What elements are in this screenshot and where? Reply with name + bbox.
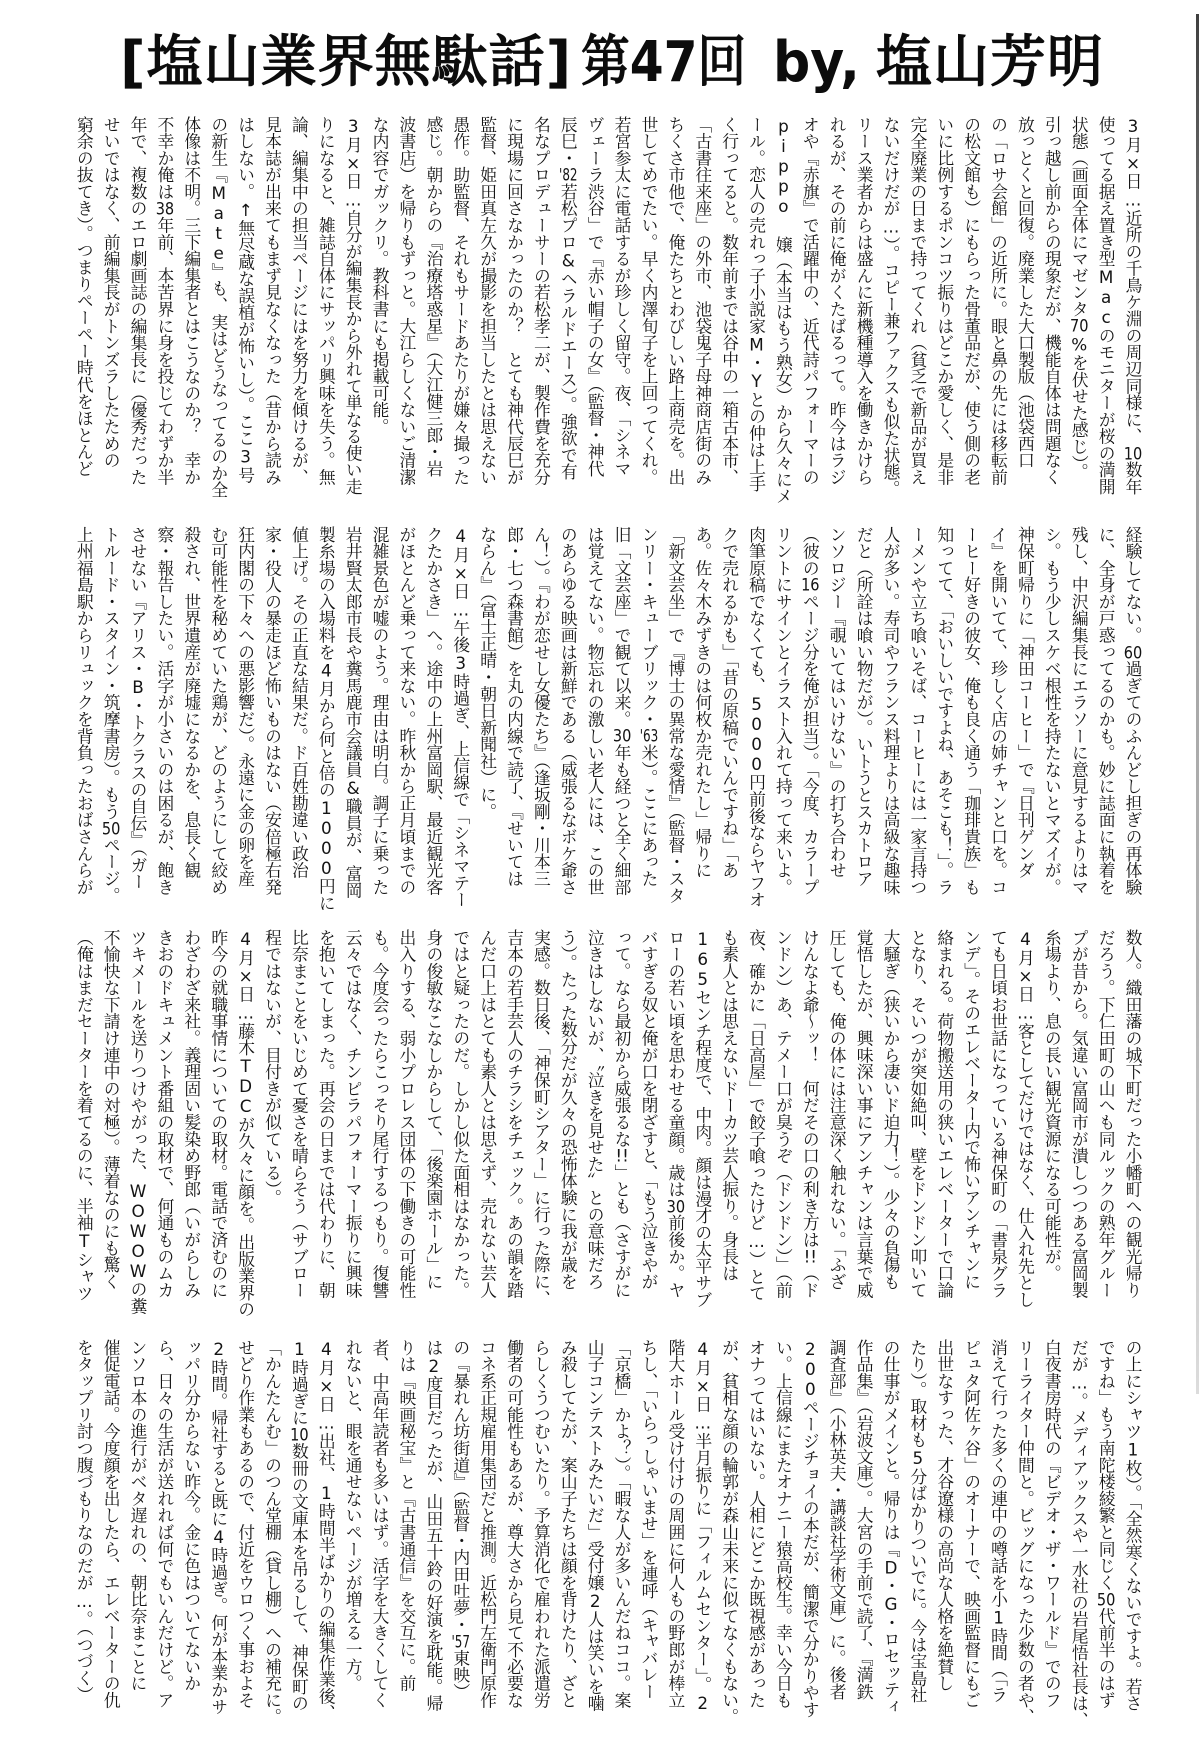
text-tier-4: の上にシャツ1枚）。「全然寒くないですよ。若さ ですね」もう南陀楼綾繁と同じく5… (69, 1339, 1146, 1721)
episode-number: 第47回 (581, 34, 746, 92)
text-column: ヴェーラ渋谷」で『赤い帽子の女』（監督・神代 (581, 116, 608, 498)
text-column: 数人。織田藩の城下町だった小幡町への観光帰り (1119, 929, 1146, 1311)
text-column: 肉筆原稿でなくても、5000円前後ならヤフオ (743, 526, 770, 908)
text-column: 4月×日…客としてだけではなく、仕入れ先とし (1012, 929, 1039, 1311)
text-column: ても日頃お世話になっている神保町の「書泉グラ (985, 929, 1012, 1311)
text-column: pippo 嬢（本当はもう熟女）から久々にメ (770, 116, 797, 498)
text-column: く行ってると。数年前までは谷中の一箱古本市、 (716, 116, 743, 498)
text-column: ないだけだが…）。コピー兼ファクスも似た状態。 (877, 116, 904, 498)
text-column: に、全身が戸惑ってるのかも。妙に誌面に執着を (1092, 526, 1119, 908)
text-column: オや『赤旗』で活躍中の、近代詩パフォーマーの (796, 116, 823, 498)
text-column: 経験してない。60過ぎてのふんどし担ぎの再体験 (1119, 526, 1146, 908)
text-column: 「京橋」かよ？）。「暇な人が多いんだねココ。案 (608, 1339, 635, 1721)
text-column: 4月×日…半月振りに「フィルムセンター」。2 (689, 1339, 716, 1721)
text-column: 上州福島駅からリュックを背負ったおばさんらが (70, 526, 97, 908)
text-column: せいではなく、前編集長がトンズラしたための (97, 116, 124, 498)
text-column: （彼の16ページ分を俺が担当）。「今度、カラープ (796, 526, 823, 908)
text-column: 圧しても、俺の体には注意深く触れない。「ふざ (823, 929, 850, 1311)
text-column: 不幸か俺は38年前、本苦界に身を投じてわずか半 (151, 116, 178, 498)
text-column: ちし、「いらっしゃいませ」を連呼（キャバレー (635, 1339, 662, 1721)
text-column: 完全廃業の日まで持ってくれ（貧乏で新品が買え (904, 116, 931, 498)
text-column: の『暴れん坊街道』（監督・内田吐夢・'57東映） (447, 1339, 474, 1721)
text-column: 出入りする、弱小プロレス団体の下働きの可能性 (393, 929, 420, 1311)
text-tier-3: 数人。織田藩の城下町だった小幡町への観光帰り だろう。下仁田町の山へも同ルックの… (69, 929, 1146, 1311)
text-column: の仕事がメインと。帰りは『D・G・ロセッティ (877, 1339, 904, 1721)
text-column: 感じ。朝からの『治療塔惑星』（大江健三郎・岩 (420, 116, 447, 498)
text-column: 波書店）を帰りもずっと。大江らしくないご清潔 (393, 116, 420, 498)
text-column: のあらゆる映画は新鮮である（威張るなボケ爺さ (554, 526, 581, 908)
text-column: 4月×日…藤木TDCが久々に顔を。出版業界の (232, 929, 259, 1311)
text-column: クで売れるかも」「昔の原稿でいんですね」「あ (716, 526, 743, 908)
text-column: きおのドキュメント番組の取材で、何通ものムカ (151, 929, 178, 1311)
text-column: 泣きはしないが、〝泣きを見せた〟との意味だろ (581, 929, 608, 1311)
text-column: させない『アリス・B・トクラスの自伝』（ガー (124, 526, 151, 908)
text-column: 製糸場の入場料を4月から何と倍の1000円に (312, 526, 339, 908)
text-column: の新生『Mate』も、実はどうなってるのか全 (205, 116, 232, 498)
text-column: ンソロジー『覗いてはいけない』の打ち合わせ (823, 526, 850, 908)
text-column: ですね」もう南陀楼綾繁と同じく50代前半のはず (1092, 1339, 1119, 1721)
text-column: ンリー・キューブリック・'63米）。ここにあった (635, 526, 662, 908)
text-column: の松文館も）にもらった骨董品だが、使う側の老 (958, 116, 985, 498)
text-column: 昨今の就職事情についての取材。電話で済むのに (205, 929, 232, 1311)
text-column: 身の俊敏なこなしからして、「後楽園ホール」に (420, 929, 447, 1311)
text-column: 出世なすった、才谷遼様の高尚な人格を絶賛し (931, 1339, 958, 1721)
text-column: 165センチ程度で、中肉。顔は漫才の太平サブ (689, 929, 716, 1311)
byline-prefix: by, (773, 34, 860, 92)
text-tier-1: 3月×日…近所の千鳥ケ淵の周辺同様に、10数年 使ってる据え置き型Macのモニタ… (69, 116, 1146, 498)
text-column: ならん』（富士正晴・朝日新聞社）に。 (474, 526, 501, 908)
text-column: りは『映画秘宝』と『古書通信』を交互に。前 (393, 1339, 420, 1721)
text-column: 名なプロデューサーの若松孝二が、製作費を充分 (528, 116, 555, 498)
text-column: ちくさ市他で、俺たちとわびしい路上商売を。出 (662, 116, 689, 498)
text-column: 夜、確かに「日高屋」で餃子喰ったけど…）とて (743, 929, 770, 1311)
text-column: せどり作業もあるので、付近をウロつく事およそ (232, 1339, 259, 1721)
text-column: 絡まれる。荷物搬送用の狭いエレベーターで口論 (931, 929, 958, 1311)
text-column: 残し、中沢編集長にエラソーに意見するよりはマ (1065, 526, 1092, 908)
text-tier-2: 経験してない。60過ぎてのふんどし担ぎの再体験 に、全身が戸惑ってるのかも。妙に… (69, 526, 1146, 908)
text-column: を抱いてしまった。再会の日までは代わりに、朝 (312, 929, 339, 1311)
text-column: 不愉快な下請け連中の対極）。薄着なのにも驚く (97, 929, 124, 1311)
text-column: シ。もう少しスケベ根性を持たないとマズイが。 (1038, 526, 1065, 908)
text-column: み殺してたが、案山子たちは顔を背けたり、ざと (554, 1339, 581, 1721)
text-column: ピュタ阿佐ヶ谷」のオーナーで、映画監督にもご (958, 1339, 985, 1721)
text-column: も。今度会ったらこっそり尾行するつもり。復讐 (366, 929, 393, 1311)
text-column: リーライター仲間と。ビッグになった少数の者や、 (1012, 1339, 1039, 1721)
author-name: 塩山芳明 (876, 34, 1104, 92)
text-column: 調査部』（小林英夫・講談社学術文庫）に。後者 (823, 1339, 850, 1721)
text-column: 使ってる据え置き型Macのモニターが桜の満開 (1092, 116, 1119, 498)
text-column: 吉本の若手芸人のチラシをチェック。あの韻を踏 (501, 929, 528, 1311)
text-column: 神保町帰りに「神田コーヒー」で『日刊ゲンダ (1012, 526, 1039, 908)
text-column: たり）。取材も5分ばかりついでに。今は宝島社 (904, 1339, 931, 1721)
text-column: 実感。数日後、「神保町シアター」に行った際に、 (528, 929, 555, 1311)
text-column: クたかさき」へ。途中の上州富岡駅、最近観光客 (420, 526, 447, 908)
text-column: 世してめでたい。早く内澤旬子を上回ってくれ。 (635, 116, 662, 498)
text-column: トルード・スタイン・筑摩書房）。もう50ページ。 (97, 526, 124, 908)
text-column: 家・役人の暴走ほど怖いものはない（安倍極右発 (259, 526, 286, 908)
text-column: となり、そいつが突如絶叫、壁をドンドン叩いて (904, 929, 931, 1311)
text-column: ッパリ分からない昨今。金に色はついてないか (178, 1339, 205, 1721)
text-column: だろう。下仁田町の山へも同ルックの熟年グルー (1092, 929, 1119, 1311)
text-column: らしくうつむいたり。予算消化で雇われた派遣労 (528, 1339, 555, 1721)
text-column: バすぎる奴と俺が口を閉ざすと、「もう泣きやが (635, 929, 662, 1311)
text-column: リントにサインとイラスト入れて持って来いよ。 (770, 526, 797, 908)
text-column: は覚えてない。物忘れの激しい老人には、この世 (581, 526, 608, 908)
text-column: 辰巳・'82若松プロ&ヘラルドエース）。強欲で有 (554, 116, 581, 498)
text-column: 年で、複数のエロ劇画誌の編集長に（優秀だった (124, 116, 151, 498)
text-column: 消えて行った多くの連中の噂話を小1時間（「ラ (985, 1339, 1012, 1721)
text-column: 状態（画面全体にマゼンタ70%を伏せた感じ）。 (1065, 116, 1092, 498)
text-column: 4月×日…出社、1時間半ばかりの編集作業後、 (312, 1339, 339, 1721)
text-column: ではと疑ったのだ。しかし似た面相はなかった。 (447, 929, 474, 1311)
text-column: いに比例するポンコツ振りはどこか愛しく、是非 (931, 116, 958, 498)
text-column: 殺され、世界遺産が廃墟になるかを、息長く観 (178, 526, 205, 908)
text-column: む可能性を秘めていた鶏が、どのようにして絞め (205, 526, 232, 908)
text-column: コネ系正規雇用集団だと推測。近松門左衛門原作 (474, 1339, 501, 1721)
text-column: だと（所詮は喰い物だが）。いトうとスカトロア (850, 526, 877, 908)
text-column: 3月×日…自分が編集長から外れて単なる使い走 (339, 116, 366, 498)
text-column: 見本誌が出来てもまず見なくなった（昔から読み (259, 116, 286, 498)
text-column: 催促電話。今度顔を出したら、エレベーターの仇 (97, 1339, 124, 1721)
text-column: ーメンや立ち喰いそば、コーヒーには一家言持つ (904, 526, 931, 908)
text-column: 論、編集中の担当ページにはを努力を傾けるが、 (286, 116, 313, 498)
text-column: 「古書往来座」の外市、池袋鬼子母神商店街のみ (689, 116, 716, 498)
text-column: ンソロ本の進行がベタ遅れの、朝比奈まことに (124, 1339, 151, 1721)
text-column: 階大ホール受け付けの周囲に何人もの野郎が棒立 (662, 1339, 689, 1721)
text-column: 2時間。帰社すると既に4時過ぎ。何が本業かサ (205, 1339, 232, 1721)
text-column: あ。佐々木みずきのは何枚か売れたし」帰りに (689, 526, 716, 908)
text-column: う）。たった数分だが久々の恐怖体験に我が歳を (554, 929, 581, 1311)
text-column: 糸場より、息の長い観光資源になる可能性が。 (1038, 929, 1065, 1311)
text-column: んだ口上はとても素人とは思えず、売れない芸人 (474, 929, 501, 1311)
text-column: 引っ越し前からの現象だが、機能自体は問題なく (1038, 116, 1065, 498)
text-column: 察・報告したい。活字が小さいのは困るが、飽き (151, 526, 178, 908)
page-edge-shadow (1196, 14, 1199, 1394)
text-column: 知ってて、「おいしいですよね、あそこも！」。ラ (931, 526, 958, 908)
text-column: ンデ」。そのエレベーター内で怖いアンチャンに (958, 929, 985, 1311)
text-column: 云々ではなく、チンピラパフォーマー振りに興味 (339, 929, 366, 1311)
text-column: 監督、姫田真左久が撮影を担当したとは思えない (474, 116, 501, 498)
text-column: イ』を開いてて、珍しく店の姉チャンと口を。コ (985, 526, 1012, 908)
text-column: りになると、雑誌自体にサッパリ興味を失う。無 (312, 116, 339, 498)
text-column: 者、中高年読者も多いはず。活字を大きくしてく (366, 1339, 393, 1721)
text-column: 「かんたんむ」のつん堂棚（貸し棚）への補充に。 (259, 1339, 286, 1721)
text-column: （俺はまだセーターを着てるのに、半袖Tシャツ (70, 929, 97, 1311)
text-column: 窮余の抜てき）。つまりペーペー時代をほとんど (70, 116, 97, 498)
text-column: けんなよ爺〜ッ！ 何だその口の利き方は!!（ド (796, 929, 823, 1311)
text-column: 比奈まことをいじめて憂さを晴らそう（サブロー (286, 929, 313, 1311)
text-column: は2度目だったが、山田五十鈴の好演を耽能。帰 (420, 1339, 447, 1721)
text-column: 値上げ。その正直な結果だ。ド百姓勘違い政治 (286, 526, 313, 908)
text-column: 山子コンテストみたいだ」受付嬢2人は笑いを噛 (581, 1339, 608, 1721)
text-column: の上にシャツ1枚）。「全然寒くないですよ。若さ (1119, 1339, 1146, 1721)
text-column: オナってはいない。人相にどこか既視感があった (743, 1339, 770, 1721)
text-column: 愚作。助監督、それもサードあたりが嫌々撮った (447, 116, 474, 498)
text-column: ん！）。『わが恋せし女優たち』（逢坂剛・川本三 (528, 526, 555, 908)
text-column: って。なら最初から威張るな!!」とも（さすがに (608, 929, 635, 1311)
text-column: れないと、眼を通せないページが増える一方。 (339, 1339, 366, 1721)
text-column: に現場に回さなかったのか？ とても神代辰巳が (501, 116, 528, 498)
text-column: の「ロサ会館」の近所に。眼と鼻の先には移転前 (985, 116, 1012, 498)
series-name: [塩山業界無駄話] (120, 34, 572, 92)
text-column: れるが、その前に俺がくたばるって。昨今はラジ (823, 116, 850, 498)
text-column: 1時過ぎに10数冊の文庫本を吊るして、神保町の (286, 1339, 313, 1721)
text-column: をタップリ討つ腹づもりなのだが…。（つづく） (70, 1339, 97, 1721)
text-column: も素人とは思えないドーカツ芸人振り。身長は (716, 929, 743, 1311)
text-column: 覚悟したが、興味深い事にアンチャンは言葉で威 (850, 929, 877, 1311)
text-column: 「新文芸坐」で『博士の異常な愛情』（監督・スタ (662, 526, 689, 908)
text-column: 程ではないが、目付きが似ている）。 (259, 929, 286, 1311)
text-column: 狂内閣の下々への悪影響だ）。永遠に金の卵を産 (232, 526, 259, 908)
text-column: 3月×日…近所の千鳥ケ淵の周辺同様に、10数年 (1119, 116, 1146, 498)
text-column: い。上信線にまたオナニー猿高校生。幸い今日も (770, 1339, 797, 1721)
text-column: 働者の可能性もあるが、尊大さから見て不必要な (501, 1339, 528, 1721)
text-column: 若宮参太に電話するが珍しく留守。夜、「シネマ (608, 116, 635, 498)
text-column: な内容でガックリ。教科書にも掲載可能。 (366, 116, 393, 498)
text-column: ール。恋人の売れっ子小説家M・Yとの仲は上手 (743, 116, 770, 498)
text-column: 岩井賢太郎市長や糞馬鹿市会議員&職員が、富岡 (339, 526, 366, 908)
text-column: ンドン）あ、テメー口が臭うぞ（ドンドン）」（前 (770, 929, 797, 1311)
text-column: 白夜書房時代の『ビデオ・ザ・ワールド』でのフ (1038, 1339, 1065, 1721)
text-column: 人が多い。寿司やフランス料理よりは高級な趣味 (877, 526, 904, 908)
text-column: ーヒー好きの彼女、俺も良く通う「珈琲貴族」も (958, 526, 985, 908)
text-column: ローの若い頃を思わせる童顔。歳は30前後か。ヤ (662, 929, 689, 1311)
text-column: 大騒ぎ（狭いから凄いド迫力！）。少々の負傷も (877, 929, 904, 1311)
text-column: 混雑景色が嘘のよう。理由は明白。調子に乗った (366, 526, 393, 908)
text-column: リース業者からは盛んに新機種導入を働きかけら (850, 116, 877, 498)
text-column: 作品集』（岩波文庫）。大宮の手前で読了、『満鉄 (850, 1339, 877, 1721)
text-column: 旧「文芸座」で観て以来。30年も経つと全く細部 (608, 526, 635, 908)
text-column: 放っとくと回復。廃業した大口製版（池袋西口 (1012, 116, 1039, 498)
text-column: 200ページチョイの本だが、簡潔で分かりやす (796, 1339, 823, 1721)
text-column: 体像は不明。三下編集者とはこうなのか？ 幸か (178, 116, 205, 498)
text-column: が、貧相な顔の輪郭が森山未来に似てなくもない。 (716, 1339, 743, 1721)
text-column: ツキメールを送りつけやがった、WOWOWの糞 (124, 929, 151, 1311)
text-column: ら、日々の生活が送れれば何でもいんだけど。ア (151, 1339, 178, 1721)
text-column: だが…。メディアックスや一水社の岩尾悟社長は、 (1065, 1339, 1092, 1721)
text-column: 郎・七つ森書館）を丸の内線で読了、『せいては (501, 526, 528, 908)
text-column: わざわざ来社。義理固い髪染め野郎（いがらしみ (178, 929, 205, 1311)
text-column: 4月×日…午後3時過ぎ、上信線で「シネマテー (447, 526, 474, 908)
text-column: はしない。↑無尽蔵な誤植が怖いし）。ここ3号 (232, 116, 259, 498)
text-column: がほとんど乗って来ない。昨秋から正月頃までの (393, 526, 420, 908)
text-column: プが昔から。気違い富岡市が潰しつつある富岡製 (1065, 929, 1092, 1311)
